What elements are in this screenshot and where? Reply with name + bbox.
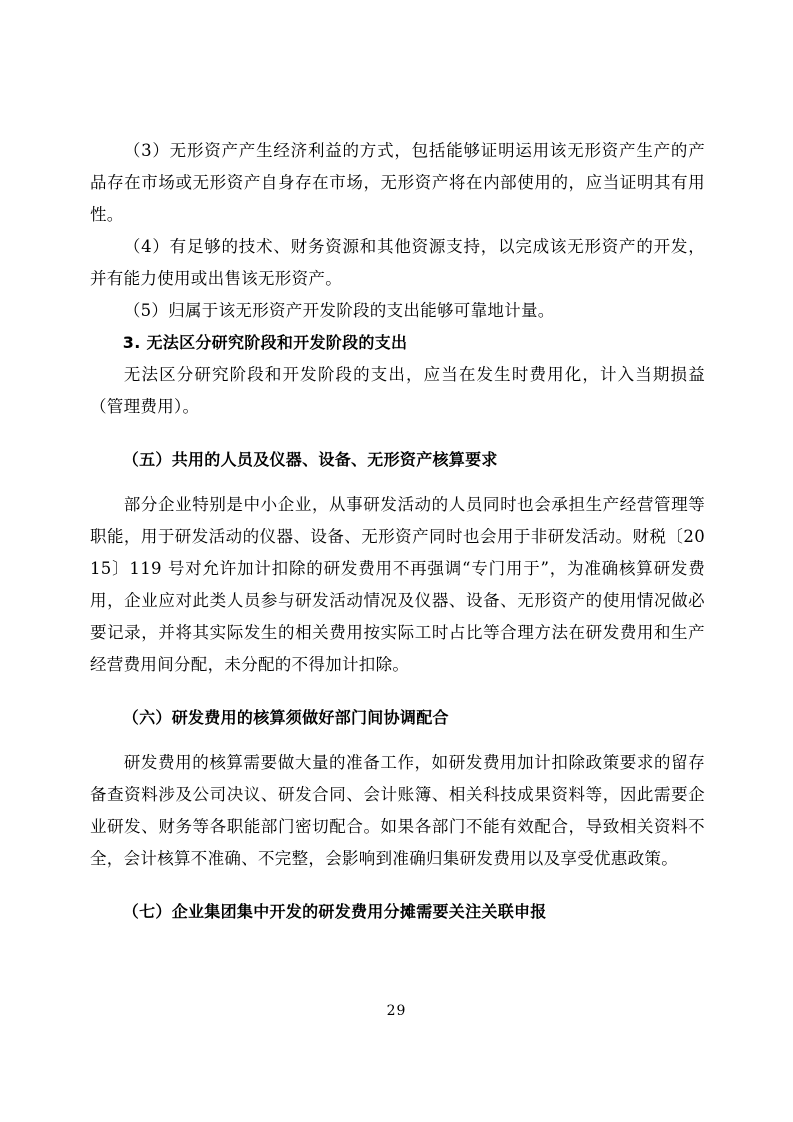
- paragraph-item-3: （3）无形资产产生经济利益的方式，包括能够证明运用该无形资产生产的产品存在市场或…: [90, 135, 705, 231]
- section-heading-6: （六）研发费用的核算须做好部门间协调配合: [90, 702, 705, 734]
- paragraph-expense: 无法区分研究阶段和开发阶段的支出，应当在发生时费用化，计入当期损益（管理费用）。: [90, 359, 705, 423]
- paragraph-shared-use: 部分企业特别是中小企业，从事研发活动的人员同时也会承担生产经营管理等职能，用于研…: [90, 489, 705, 681]
- paragraph-coordination: 研发费用的核算需要做大量的准备工作，如研发费用加计扣除政策要求的留存备查资料涉及…: [90, 747, 705, 875]
- document-page: （3）无形资产产生经济利益的方式，包括能够证明运用该无形资产生产的产品存在市场或…: [0, 0, 793, 1122]
- section-heading-5: （五）共用的人员及仪器、设备、无形资产核算要求: [90, 444, 705, 476]
- page-number: 29: [0, 1001, 793, 1021]
- subheading-3: 3. 无法区分研究阶段和开发阶段的支出: [90, 327, 705, 359]
- paragraph-item-5: （5）归属于该无形资产开发阶段的支出能够可靠地计量。: [90, 295, 705, 327]
- paragraph-item-4: （4）有足够的技术、财务资源和其他资源支持，以完成该无形资产的开发，并有能力使用…: [90, 231, 705, 295]
- section-heading-7: （七）企业集团集中开发的研发费用分摊需要关注关联申报: [90, 896, 705, 928]
